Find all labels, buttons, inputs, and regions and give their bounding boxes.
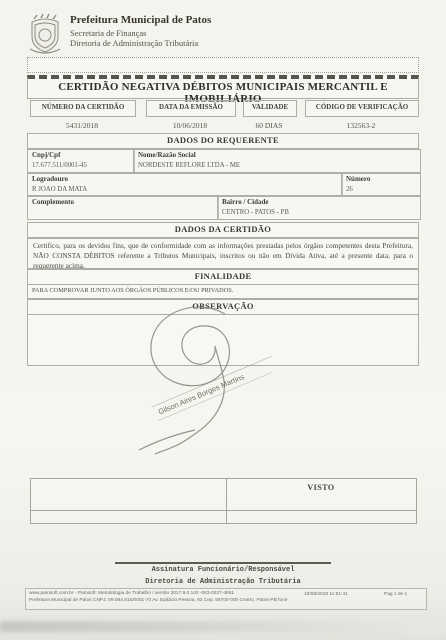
section-finalidade: FINALIDADE bbox=[27, 269, 419, 285]
field-numero-value: 26 bbox=[346, 186, 416, 193]
value-validade: 60 DIAS bbox=[243, 121, 295, 130]
section-dados-certidao: DADOS DA CERTIDÃO bbox=[27, 222, 419, 238]
field-bairro-cidade: Bairro / Cidade CENTRO - PATOS - PB bbox=[217, 196, 421, 220]
label-validade: VALIDADE bbox=[243, 100, 297, 117]
coat-of-arms-icon bbox=[28, 13, 62, 54]
field-complemento-label: Complemento bbox=[32, 198, 214, 206]
org-dept-2: Diretoria de Administração Tributária bbox=[70, 38, 211, 49]
field-nome: Nome/Razão Social NORDESTE REFLORE LTDA … bbox=[133, 149, 421, 173]
visto-row-line bbox=[31, 510, 416, 511]
field-cnpj: Cnpj/Cpf 17.677.511/0001-45 bbox=[27, 149, 135, 173]
signature-line bbox=[115, 562, 331, 564]
value-codigo-verificacao: 132563-2 bbox=[305, 121, 417, 130]
field-bairro-value: CENTRO - PATOS - PB bbox=[222, 209, 416, 216]
footer-timestamp: 10/06/2018 11:51:41 bbox=[304, 591, 348, 598]
field-cnpj-label: Cnpj/Cpf bbox=[32, 151, 130, 159]
finalidade-text: PARA COMPROVAR JUNTO AOS ÓRGÃOS PÚBLICOS… bbox=[27, 284, 419, 299]
footer-page-number: Pag 1 de 1 bbox=[384, 591, 407, 598]
field-logradouro-value: R JOAO DA MATA bbox=[32, 186, 338, 193]
field-numero-label: Número bbox=[346, 175, 416, 183]
field-logradouro-label: Logradouro bbox=[32, 175, 338, 183]
org-dept-1: Secretaria de Finanças bbox=[70, 28, 211, 39]
value-numero-certidao: 5431/2018 bbox=[30, 121, 134, 130]
field-nome-value: NORDESTE REFLORE LTDA - ME bbox=[138, 162, 416, 169]
field-bairro-label: Bairro / Cidade bbox=[222, 198, 416, 206]
signature-dept: Diretoria de Administração Tributária bbox=[0, 578, 446, 586]
letterhead: Prefeitura Municipal de Patos Secretaria… bbox=[70, 14, 211, 49]
footer-line1: www.patosoft.com.br - Patosoft: Metodolo… bbox=[29, 590, 423, 597]
visto-label: VISTO bbox=[226, 483, 416, 492]
footer-box: www.patosoft.com.br - Patosoft: Metodolo… bbox=[25, 588, 427, 610]
label-codigo-verificacao: CÓDIGO DE VERIFICAÇÃO bbox=[305, 100, 419, 117]
handwritten-signature: Gilson Aires Borges Martins bbox=[125, 300, 305, 460]
footer-line2: Prefeitura Municipal de Patos CNPJ: 09.0… bbox=[29, 597, 423, 604]
stamp-name-text: Gilson Aires Borges Martins bbox=[157, 372, 246, 417]
label-data-emissao: DATA DA EMISSÃO bbox=[146, 100, 236, 117]
certidao-text: Certifico, para os devidos fins, que de … bbox=[27, 238, 419, 269]
empty-header-box bbox=[27, 57, 419, 73]
field-cnpj-value: 17.677.511/0001-45 bbox=[32, 162, 130, 169]
field-logradouro: Logradouro R JOAO DA MATA bbox=[27, 173, 343, 196]
value-data-emissao: 10/06/2018 bbox=[146, 121, 234, 130]
scan-artifact-band bbox=[0, 621, 446, 632]
field-numero: Número 26 bbox=[341, 173, 421, 196]
signature-caption: Assinatura Funcionário/Responsável bbox=[0, 566, 446, 574]
field-complemento: Complemento bbox=[27, 196, 219, 220]
document-title: CERTIDÃO NEGATIVA DÉBITOS MUNICIPAIS MER… bbox=[27, 75, 419, 99]
field-nome-label: Nome/Razão Social bbox=[138, 151, 416, 159]
scanned-certificate-page: Prefeitura Municipal de Patos Secretaria… bbox=[0, 0, 446, 640]
visto-table: VISTO bbox=[30, 478, 417, 524]
section-dados-requerente: DADOS DO REQUERENTE bbox=[27, 133, 419, 149]
org-name: Prefeitura Municipal de Patos bbox=[70, 14, 211, 28]
label-numero-certidao: NÚMERO DA CERTIDÃO bbox=[30, 100, 136, 117]
